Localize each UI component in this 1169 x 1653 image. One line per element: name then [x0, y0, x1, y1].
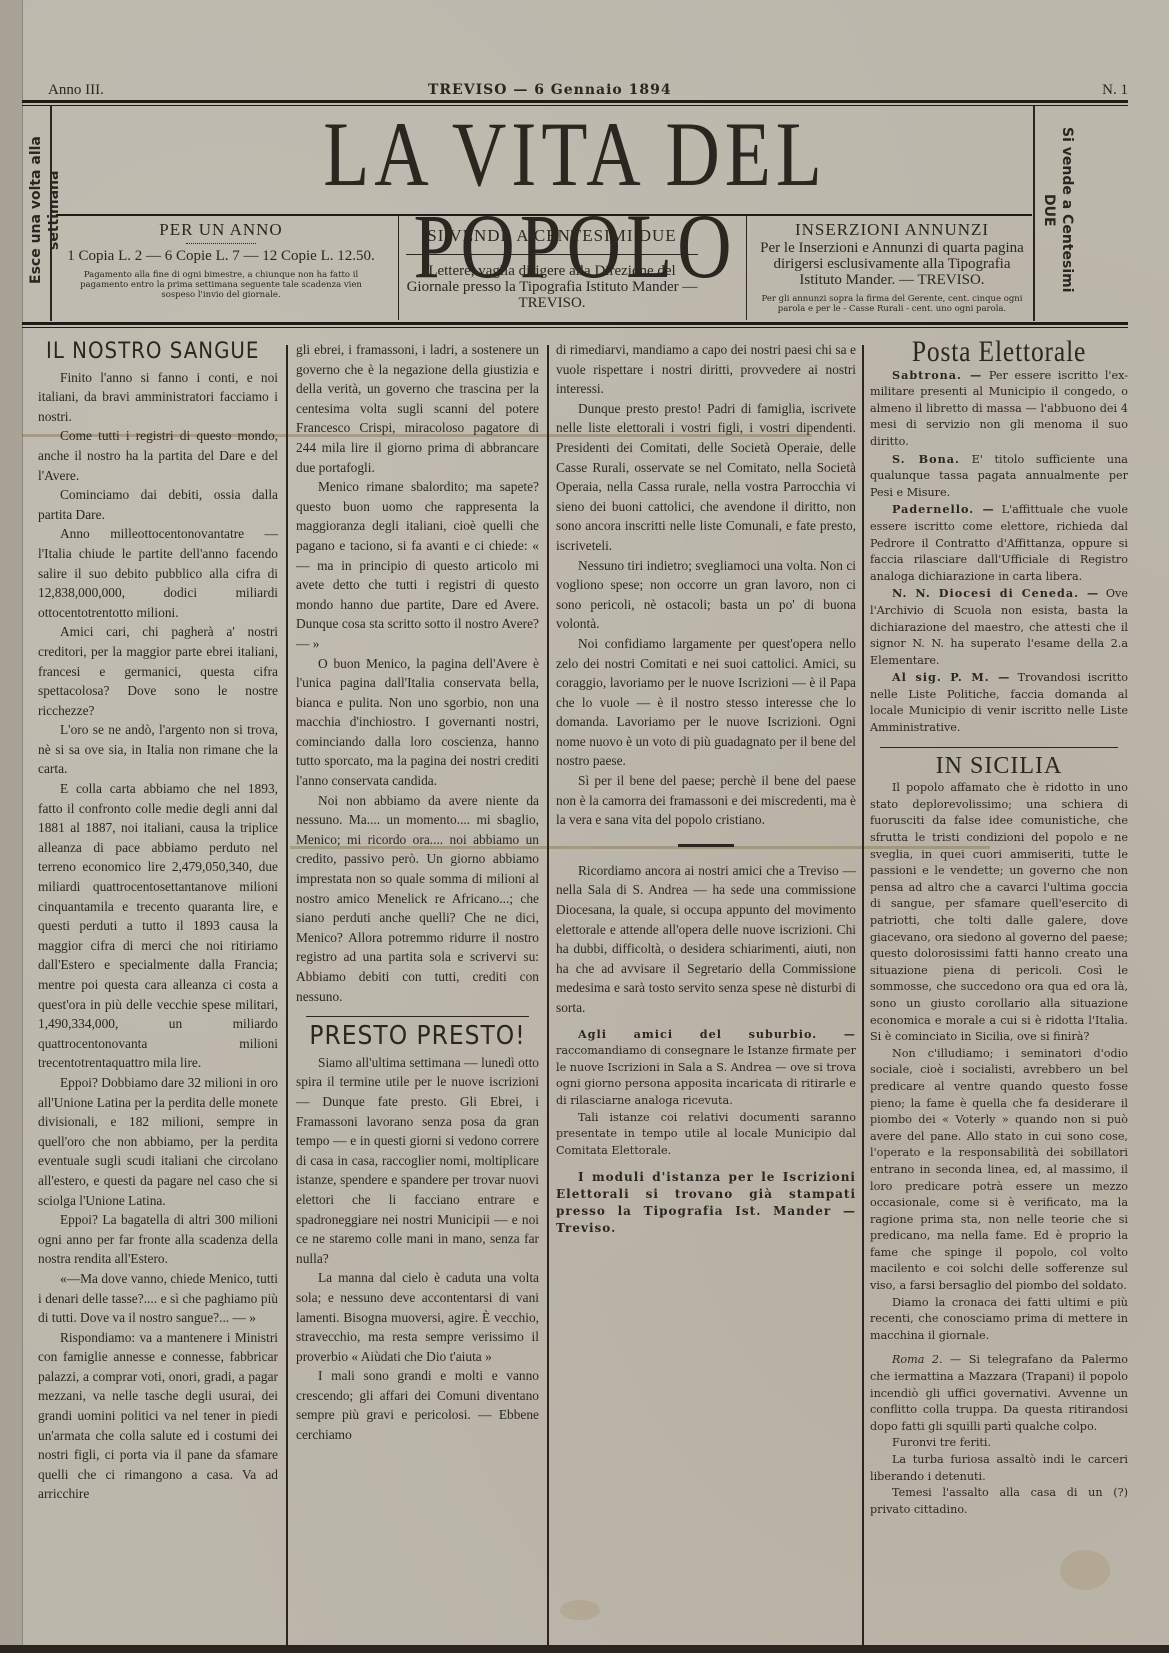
newspaper-page: Anno III. TREVISO — 6 Gennaio 1894 N. 1 …	[0, 0, 1169, 1645]
masthead-rule	[56, 214, 1032, 216]
suburbio-lead: Agli amici del suburbio. —	[578, 1027, 856, 1041]
paragraph: Temesi l'assalto alla casa di un (?) pri…	[870, 1485, 1128, 1518]
box-rule	[406, 254, 698, 255]
price-side-note: Si vende a Centesimi DUE	[1040, 110, 1076, 310]
subscription-prices: 1 Copia L. 2 — 6 Copie L. 7 — 12 Copie L…	[62, 248, 380, 264]
entry-lead: Al sig. P. M. —	[892, 670, 1010, 684]
suburbio-text: raccomandiamo di consegnare le Istanze f…	[556, 1044, 856, 1107]
paragraph: Furonvi tre feriti.	[870, 1435, 1128, 1452]
wavy-divider	[186, 240, 256, 244]
paragraph: Dunque presto presto! Padri di famiglia,…	[556, 399, 856, 556]
paragraph: gli ebrei, i framassoni, i ladri, a sost…	[296, 340, 539, 477]
sale-body: Lettere, vaglia dirigere alla Direzione …	[402, 263, 702, 311]
box-divider	[398, 216, 399, 320]
paragraph: di rimediarvi, mandiamo a capo dei nostr…	[556, 340, 856, 399]
ads-body: Per le Inserzioni e Annunzi di quarta pa…	[752, 240, 1032, 288]
paragraph: Eppoi? Dobbiamo dare 32 milioni in oro a…	[38, 1073, 278, 1210]
entry-lead: N. N. Diocesi di Ceneda. —	[892, 586, 1099, 600]
article-il-nostro-sangue: IL NOSTRO SANGUE Finito l'anno si fanno …	[38, 338, 278, 1504]
article-separator	[306, 1016, 529, 1017]
paragraph: Amici cari, chi pagherà a' nostri credit…	[38, 622, 278, 720]
subscription-title: PER UN ANNO	[62, 220, 380, 240]
body-top-rule	[22, 327, 1128, 328]
paragraph: La manna dal cielo è caduta una volta so…	[296, 1268, 539, 1366]
paragraph: E colla carta abbiamo che nel 1893, fatt…	[38, 779, 278, 1073]
paragraph: I mali sono grandi e molti e vanno cresc…	[296, 1366, 539, 1444]
paragraph: Diamo la cronaca dei fatti ultimi e più …	[870, 1295, 1128, 1345]
paragraph: Noi non abbiamo da avere niente da nessu…	[296, 791, 539, 1007]
masthead-frame-left	[50, 106, 52, 321]
page-binding-edge	[0, 0, 23, 1645]
issue-number: N. 1	[1102, 82, 1128, 99]
paragraph: Ricordiamo ancora ai nostri amici che a …	[556, 861, 856, 1018]
entry-lead: Padernello. —	[892, 502, 995, 516]
article-title: PRESTO PRESTO!	[296, 1027, 539, 1047]
paragraph: «—Ma dove vanno, chiede Menico, tutti i …	[38, 1269, 278, 1328]
paragraph: Anno milleottocentonovantatre — l'Italia…	[38, 524, 278, 622]
entry-lead: S. Bona.	[892, 452, 960, 466]
article-title: IL NOSTRO SANGUE	[46, 342, 278, 362]
paragraph: Cominciamo dai debiti, ossia dalla parti…	[38, 485, 278, 524]
subscription-note: Pagamento alla fine di ogni bimestre, a …	[62, 270, 380, 300]
paragraph: Non c'illudiamo; i seminatori d'odio soc…	[870, 1046, 1128, 1295]
moduli-notice: I moduli d'istanza per le Iscrizioni Ele…	[556, 1169, 856, 1237]
paragraph: Nessuno tiri indietro; svegliamoci una v…	[556, 556, 856, 634]
paper-stain	[560, 1600, 600, 1620]
volume-label: Anno III.	[48, 82, 104, 99]
posta-elettorale-section: Posta Elettorale Sabtrona. — Per essere …	[870, 340, 1128, 1518]
sale-box: SI VENDE A CENTESIMI DUE Lettere, vaglia…	[402, 220, 702, 320]
column-divider	[286, 345, 288, 1645]
short-separator	[678, 844, 734, 847]
paragraph: La turba furiosa assaltò indi le carceri…	[870, 1452, 1128, 1485]
paragraph: Sì per il bene del paese; perchè il bene…	[556, 771, 856, 830]
column-divider	[547, 345, 549, 1645]
frequency-side-note: Esce una volta alla settimana	[27, 110, 63, 310]
article-continuation: gli ebrei, i framassoni, i ladri, a sost…	[296, 340, 539, 1445]
paragraph: Finito l'anno si fanno i conti, e noi it…	[38, 368, 278, 427]
paragraph: Tali istanze coi relativi documenti sara…	[556, 1110, 856, 1160]
paragraph: O buon Menico, la pagina dell'Avere è l'…	[296, 654, 539, 791]
place-and-date: TREVISO — 6 Gennaio 1894	[428, 82, 672, 98]
box-divider	[746, 216, 747, 320]
ads-box: INSERZIONI ANNUNZI Per le Inserzioni e A…	[752, 220, 1032, 320]
subscription-box: PER UN ANNO 1 Copia L. 2 — 6 Copie L. 7 …	[62, 220, 380, 320]
paragraph: Siamo all'ultima settimana — lunedì otto…	[296, 1053, 539, 1269]
roma-lead: Roma 2.	[892, 1353, 943, 1366]
section-title: Posta Elettorale	[889, 344, 1108, 361]
paragraph: Il popolo affamato che è ridotto in uno …	[870, 780, 1128, 1046]
paragraph: Eppoi? La bagatella di altri 300 milioni…	[38, 1210, 278, 1269]
article-presto-continuation: di rimediarvi, mandiamo a capo dei nostr…	[556, 340, 856, 1237]
ads-title: INSERZIONI ANNUNZI	[752, 220, 1032, 240]
sale-title: SI VENDE A CENTESIMI DUE	[402, 226, 702, 246]
column-divider	[862, 345, 864, 1645]
paragraph: Rispondiamo: va a mantenere i Ministri c…	[38, 1328, 278, 1504]
article-separator	[880, 747, 1118, 748]
body-top-rule	[22, 322, 1128, 325]
paragraph: Noi confidiamo largamente per quest'oper…	[556, 634, 856, 771]
paragraph: Come tutti i registri di questo mondo, a…	[38, 426, 278, 485]
ads-note: Per gli annunzi sopra la firma del Geren…	[752, 294, 1032, 314]
paragraph: L'oro se ne andò, l'argento non si trova…	[38, 720, 278, 779]
masthead-frame-right	[1033, 106, 1035, 321]
paragraph: Menico rimane sbalordito; ma sapete? que…	[296, 477, 539, 653]
paper-stain	[1060, 1550, 1110, 1590]
section-title: IN SICILIA	[870, 758, 1128, 775]
entry-lead: Sabtrona. —	[892, 368, 982, 382]
